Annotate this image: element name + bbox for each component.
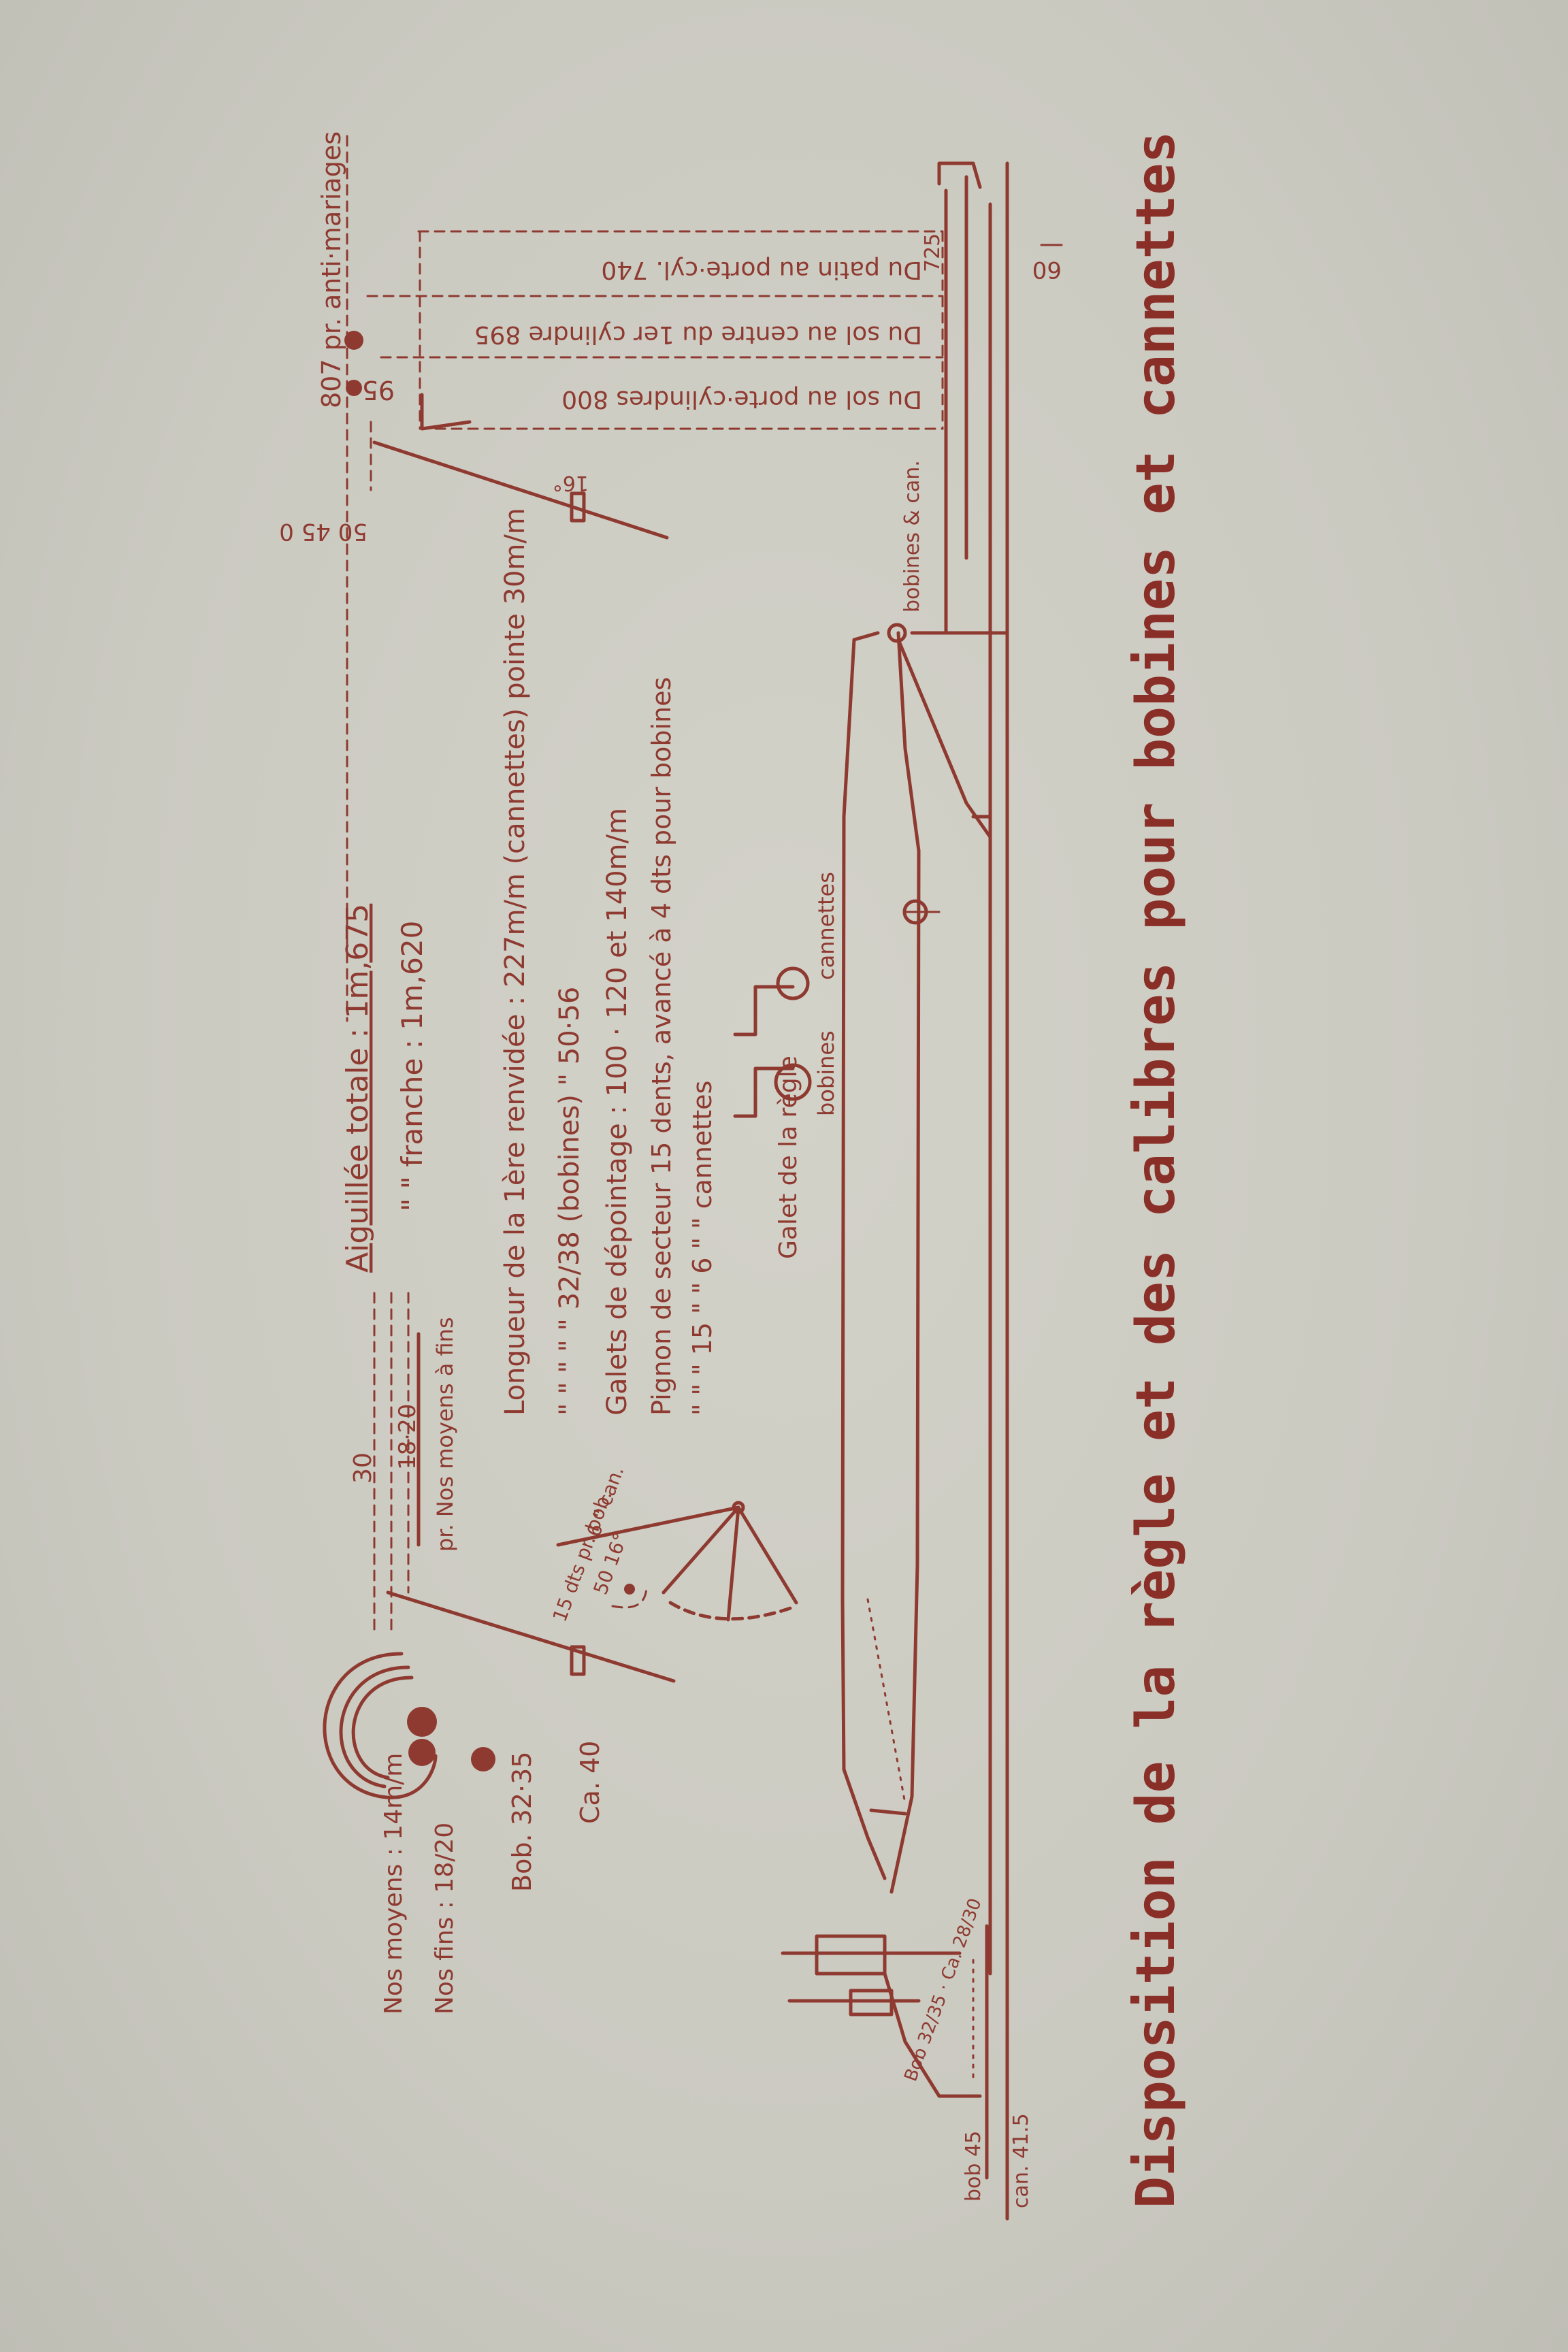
label-95: 95 — [362, 375, 395, 405]
top-needle — [344, 331, 667, 538]
label-height-895: Du sol au centre du 1er cylindre 895 — [474, 321, 923, 348]
galet-diagrams: Galet de la règle bobines cannettes — [735, 872, 839, 1259]
label-18-20: 18·20 — [394, 1404, 421, 1470]
label-sector-6can: 6 " can. — [583, 1463, 629, 1539]
label-bob-45: bob 45 — [962, 2131, 985, 2202]
label-height-800: Du sol au porte·cylindres 800 — [561, 385, 922, 413]
label-anti-mariages: 807 pr. anti·mariages — [316, 131, 346, 408]
label-bobines-can: bobines & can. — [900, 460, 924, 612]
label-ca-40: Ca. 40 — [575, 1741, 605, 1824]
pignon-sector: 15 dts pr. bob. 6 " can. 50 16° — [549, 1463, 796, 1624]
label-725: 725 — [921, 233, 945, 272]
label-galet-bobines: bobines — [813, 1030, 839, 1116]
label-30: 30 — [349, 1452, 377, 1484]
note-longueur-1: Longueur de la 1ère renvidée : 227m/m (c… — [500, 508, 531, 1416]
notes-block: Aiguillée totale : 1m,675 " " franche : … — [340, 508, 717, 1416]
label-bob-32-35: Bob. 32·35 — [507, 1752, 537, 1892]
note-aiguillee-totale: Aiguillée totale : 1m,675 — [340, 904, 375, 1273]
note-galets: Galets de dépointage : 100 · 120 et 140m… — [602, 808, 633, 1416]
label-0-45-50: 50 45 0 — [279, 518, 367, 545]
scanned-page: Disposition de la règle et des calibres … — [0, 0, 1568, 2352]
label-moyens-fins: pr. Nos moyens à fins — [432, 1317, 458, 1552]
label-nos-moyens: Nos moyens : 14m/m — [380, 1753, 408, 2014]
label-16deg-top: 16° — [553, 471, 589, 495]
label-height-740: Du patin au porte·cyl. 740 — [601, 256, 922, 284]
spindle-assembly: Bob 32/35 · Ca. 28/30 bob 45 can. 41.5 — [783, 1895, 1033, 2219]
page-title: Disposition de la règle et des calibres … — [1126, 131, 1187, 2208]
creel-hook — [325, 1654, 495, 1797]
note-longueur-2: " " " " " 32/38 (bobines) " 50·56 — [554, 987, 585, 1416]
note-pignon-1: Pignon de secteur 15 dents, avancé à 4 d… — [647, 677, 676, 1416]
label-nos-fins: Nos fins : 18/20 — [431, 1823, 459, 2014]
note-aiguillee-franche: " " franche : 1m,620 — [395, 921, 429, 1211]
label-can-41-5: can. 41.5 — [1009, 2113, 1033, 2208]
label-60: 60 — [1032, 256, 1062, 283]
note-pignon-2: " " " 15 " " 6 " " cannettes — [687, 1081, 717, 1416]
technical-drawing: Disposition de la règle et des calibres … — [0, 0, 1568, 2352]
label-galet-regle: Galet de la règle — [774, 1056, 802, 1259]
label-galet-cannettes: cannettes — [813, 872, 839, 980]
